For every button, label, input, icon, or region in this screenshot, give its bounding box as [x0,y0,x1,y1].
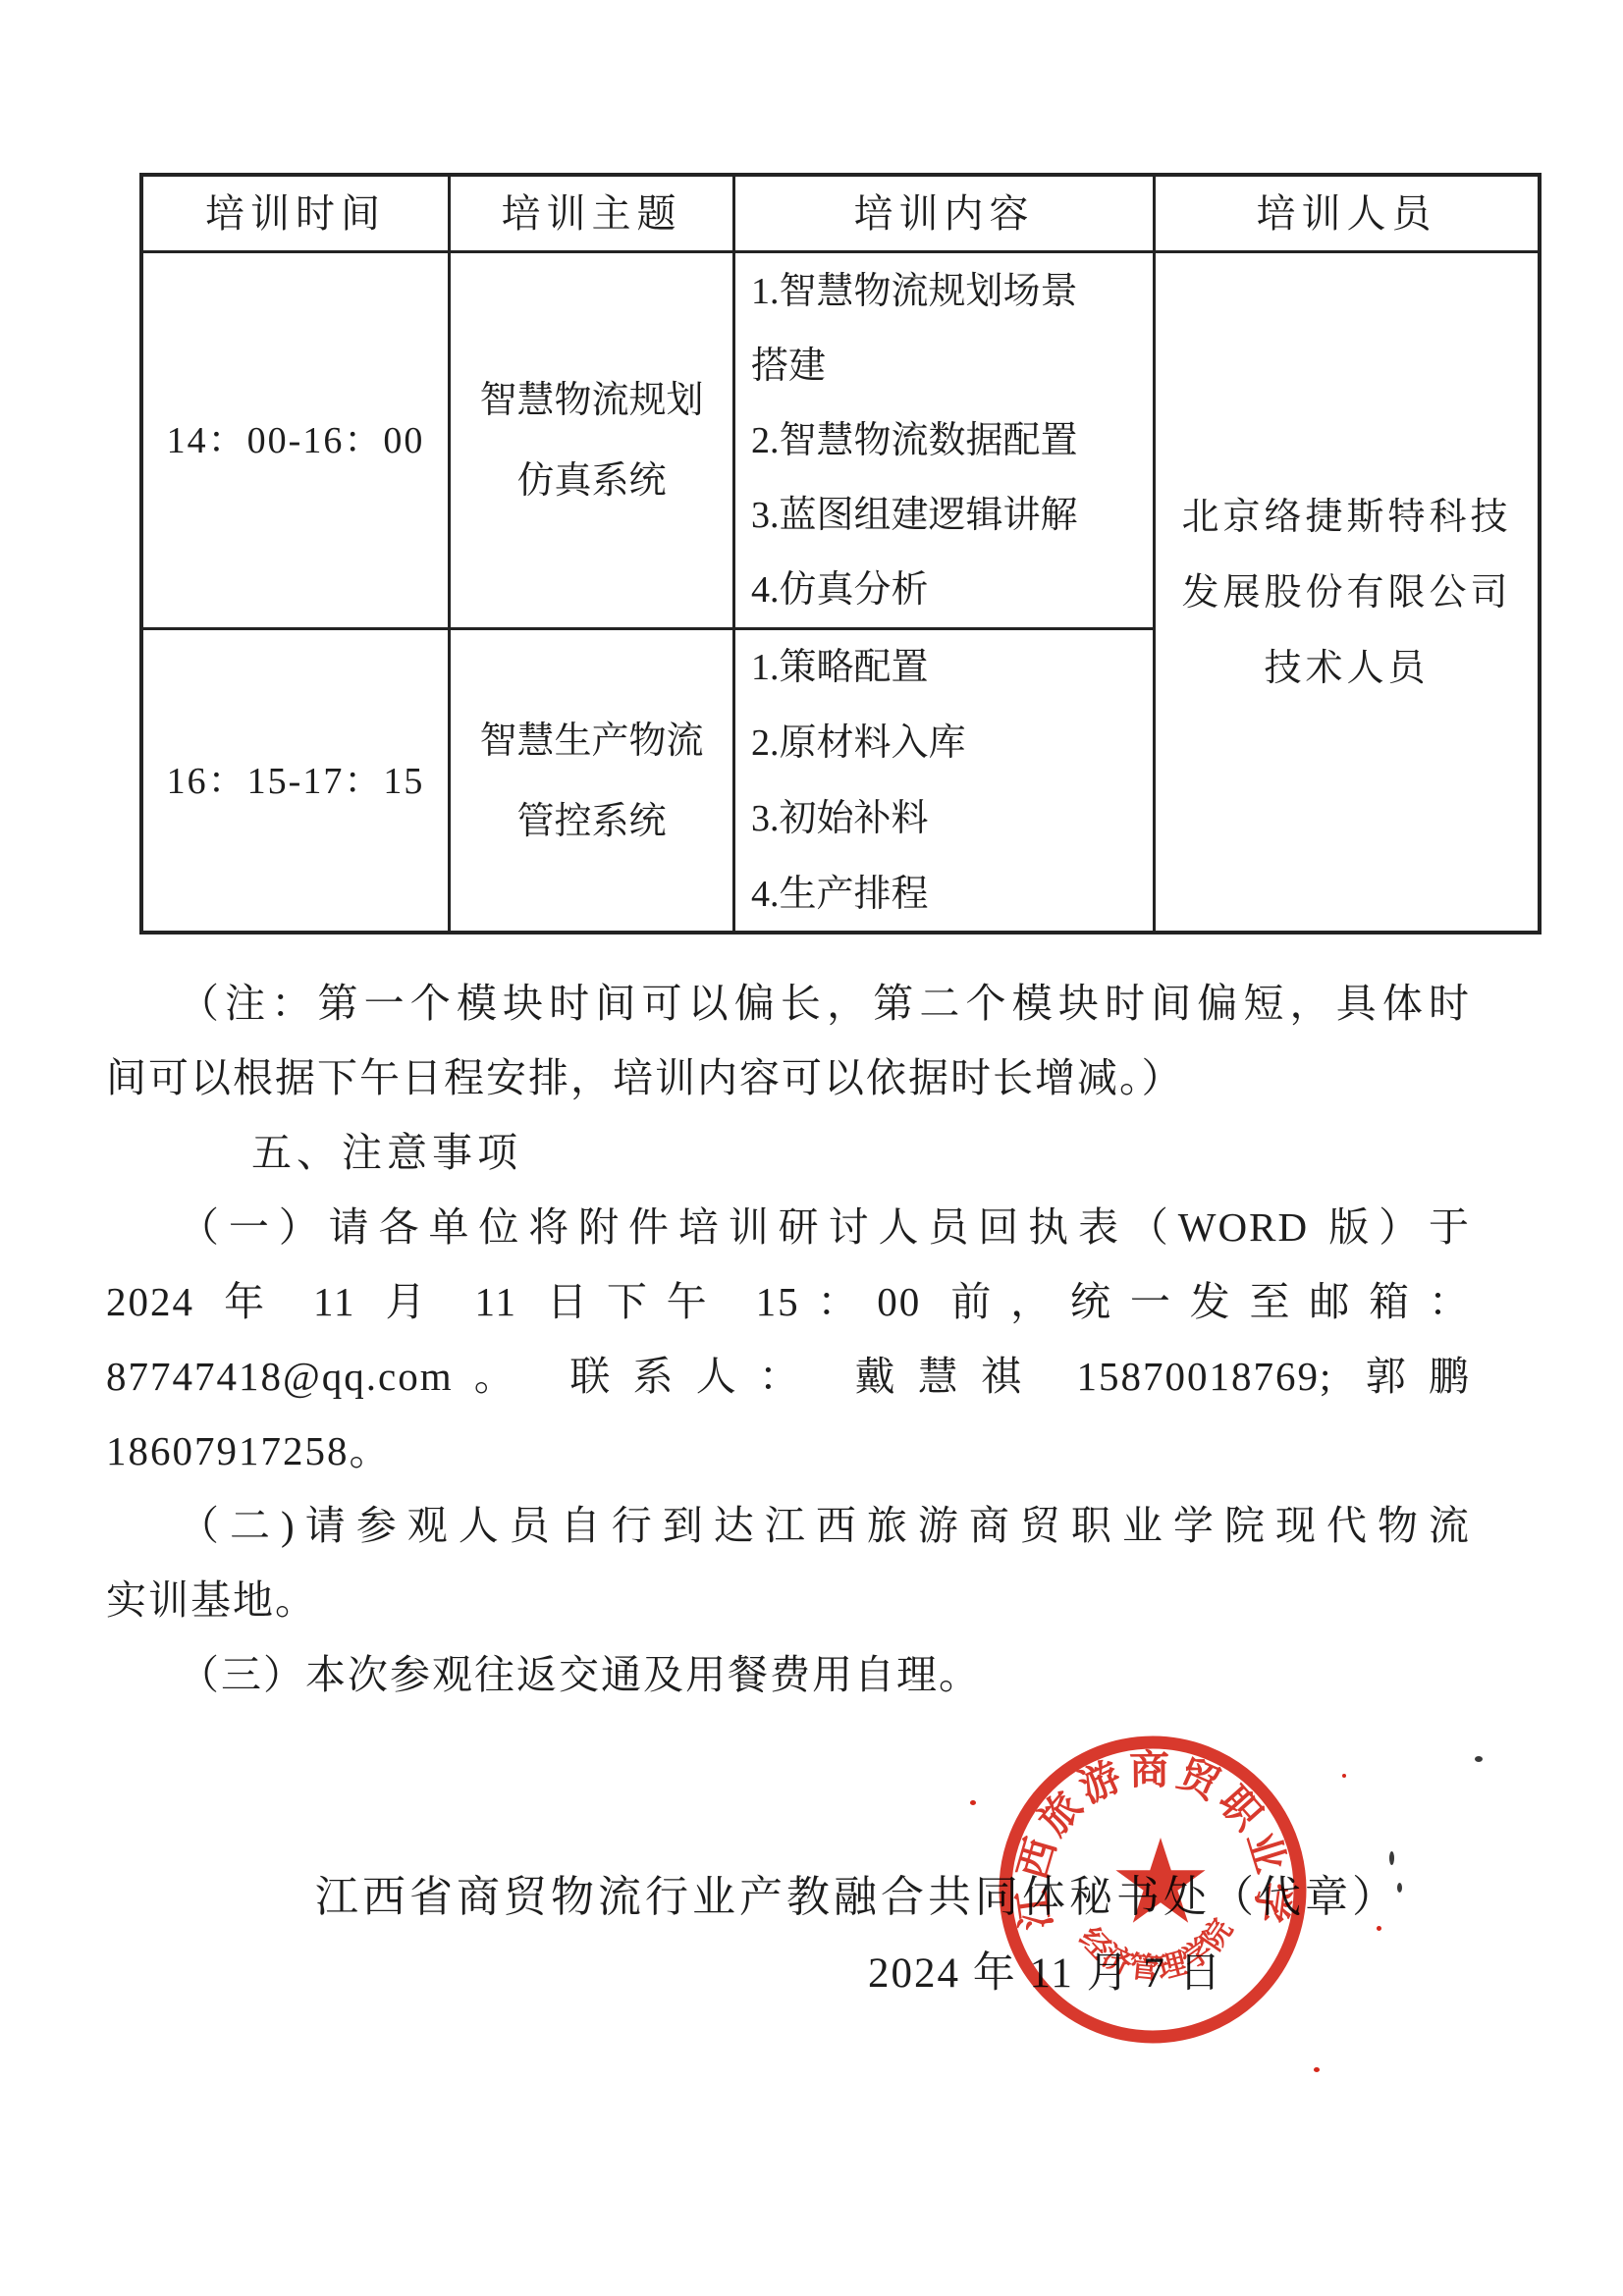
stamp-speckle [1342,1774,1346,1778]
table-row-1-topic: 智慧物流规划 仿真系统 [451,253,735,630]
paragraph-line: （三）本次参观往返交通及用餐费用自理。 [106,1637,1471,1712]
official-seal-stamp: 江西旅游商贸职业学院 经济管理学院 [986,1723,1320,2056]
stamp-speckle [970,1800,976,1805]
paragraph-line: （二)请参观人员自行到达江西旅游商贸职业学院现代物流 [106,1488,1471,1563]
header-label: 培训时间 [205,176,386,252]
stamp-speckle [1377,1926,1381,1931]
body-text: （注：第一个模块时间可以偏长，第二个模块时间偏短，具体时 间可以根据下午日程安排… [106,966,1471,1712]
content-line: 2.智慧物流数据配置 [751,403,1078,478]
content-line: 1.策略配置 [751,630,929,706]
stamp-speckle [1314,2067,1320,2072]
paragraph-line: （一）请各单位将附件培训研讨人员回执表（WORD 版）于 [106,1190,1471,1264]
table-row-2-time: 16：15-17：15 [143,630,451,933]
document-page: { "document": { "table": { "headers": ["… [0,0,1623,2296]
content-line: 4.仿真分析 [751,553,929,627]
time-value: 16：15-17：15 [167,743,425,820]
table-header-topic: 培训主题 [451,177,735,253]
header-label: 培训主题 [502,176,682,252]
note-line: 间可以根据下午日程安排，培训内容可以依据时长增减。） [106,1041,1471,1115]
training-schedule-table: 培训时间 培训主题 培训内容 培训人员 14：00-16：00 智慧物流规划 仿… [139,173,1542,934]
table-header-time: 培训时间 [143,177,451,253]
paragraph-line: 18607917258。 [106,1414,1471,1488]
topic-line: 智慧生产物流 [479,701,703,781]
personnel-line: 发展股份有限公司 [1181,556,1511,631]
content-line: 1.智慧物流规划场景 [751,254,1078,329]
ink-speck [1389,1851,1394,1865]
personnel-line: 技术人员 [1264,631,1429,707]
table-header-personnel: 培训人员 [1156,177,1538,253]
note-line: （注：第一个模块时间可以偏长，第二个模块时间偏短，具体时 [106,966,1471,1041]
topic-line: 管控系统 [516,781,666,862]
table-row-2-content: 1.策略配置 2.原材料入库 3.初始补料 4.生产排程 [735,630,1156,933]
ink-speck [1475,1756,1483,1762]
topic-line: 智慧物流规划 [479,360,703,441]
paragraph-line: 实训基地。 [106,1563,1471,1637]
content-line: 3.初始补料 [751,781,929,857]
table-personnel-cell: 北京络捷斯特科技 发展股份有限公司 技术人员 [1156,253,1538,933]
seal-star-icon [1115,1838,1205,1923]
ink-speck [1397,1883,1402,1893]
header-label: 培训内容 [854,176,1035,252]
table-row-1-content: 1.智慧物流规划场景 搭建 2.智慧物流数据配置 3.蓝图组建逻辑讲解 4.仿真… [735,253,1156,630]
content-line: 搭建 [751,329,826,403]
paragraph-line: 2024 年 11 月 11 日下午 15：00 前，统一发至邮箱： [106,1264,1471,1339]
content-line: 3.蓝图组建逻辑讲解 [751,478,1078,553]
time-value: 14：00-16：00 [167,402,425,479]
content-line: 4.生产排程 [751,857,929,933]
header-label: 培训人员 [1257,176,1437,252]
seal-inner-text: 经济管理学院 [1073,1912,1240,1986]
table-header-content: 培训内容 [735,177,1156,253]
section-heading: 五、注意事项 [106,1115,1471,1190]
personnel-line: 北京络捷斯特科技 [1181,480,1511,556]
table-row-1-time: 14：00-16：00 [143,253,451,630]
paragraph-line: 87747418@qq.com。 联系人： 戴慧祺 15870018769; 郭… [106,1339,1471,1414]
topic-line: 仿真系统 [516,441,666,521]
content-line: 2.原材料入库 [751,706,966,781]
table-row-2-topic: 智慧生产物流 管控系统 [451,630,735,933]
